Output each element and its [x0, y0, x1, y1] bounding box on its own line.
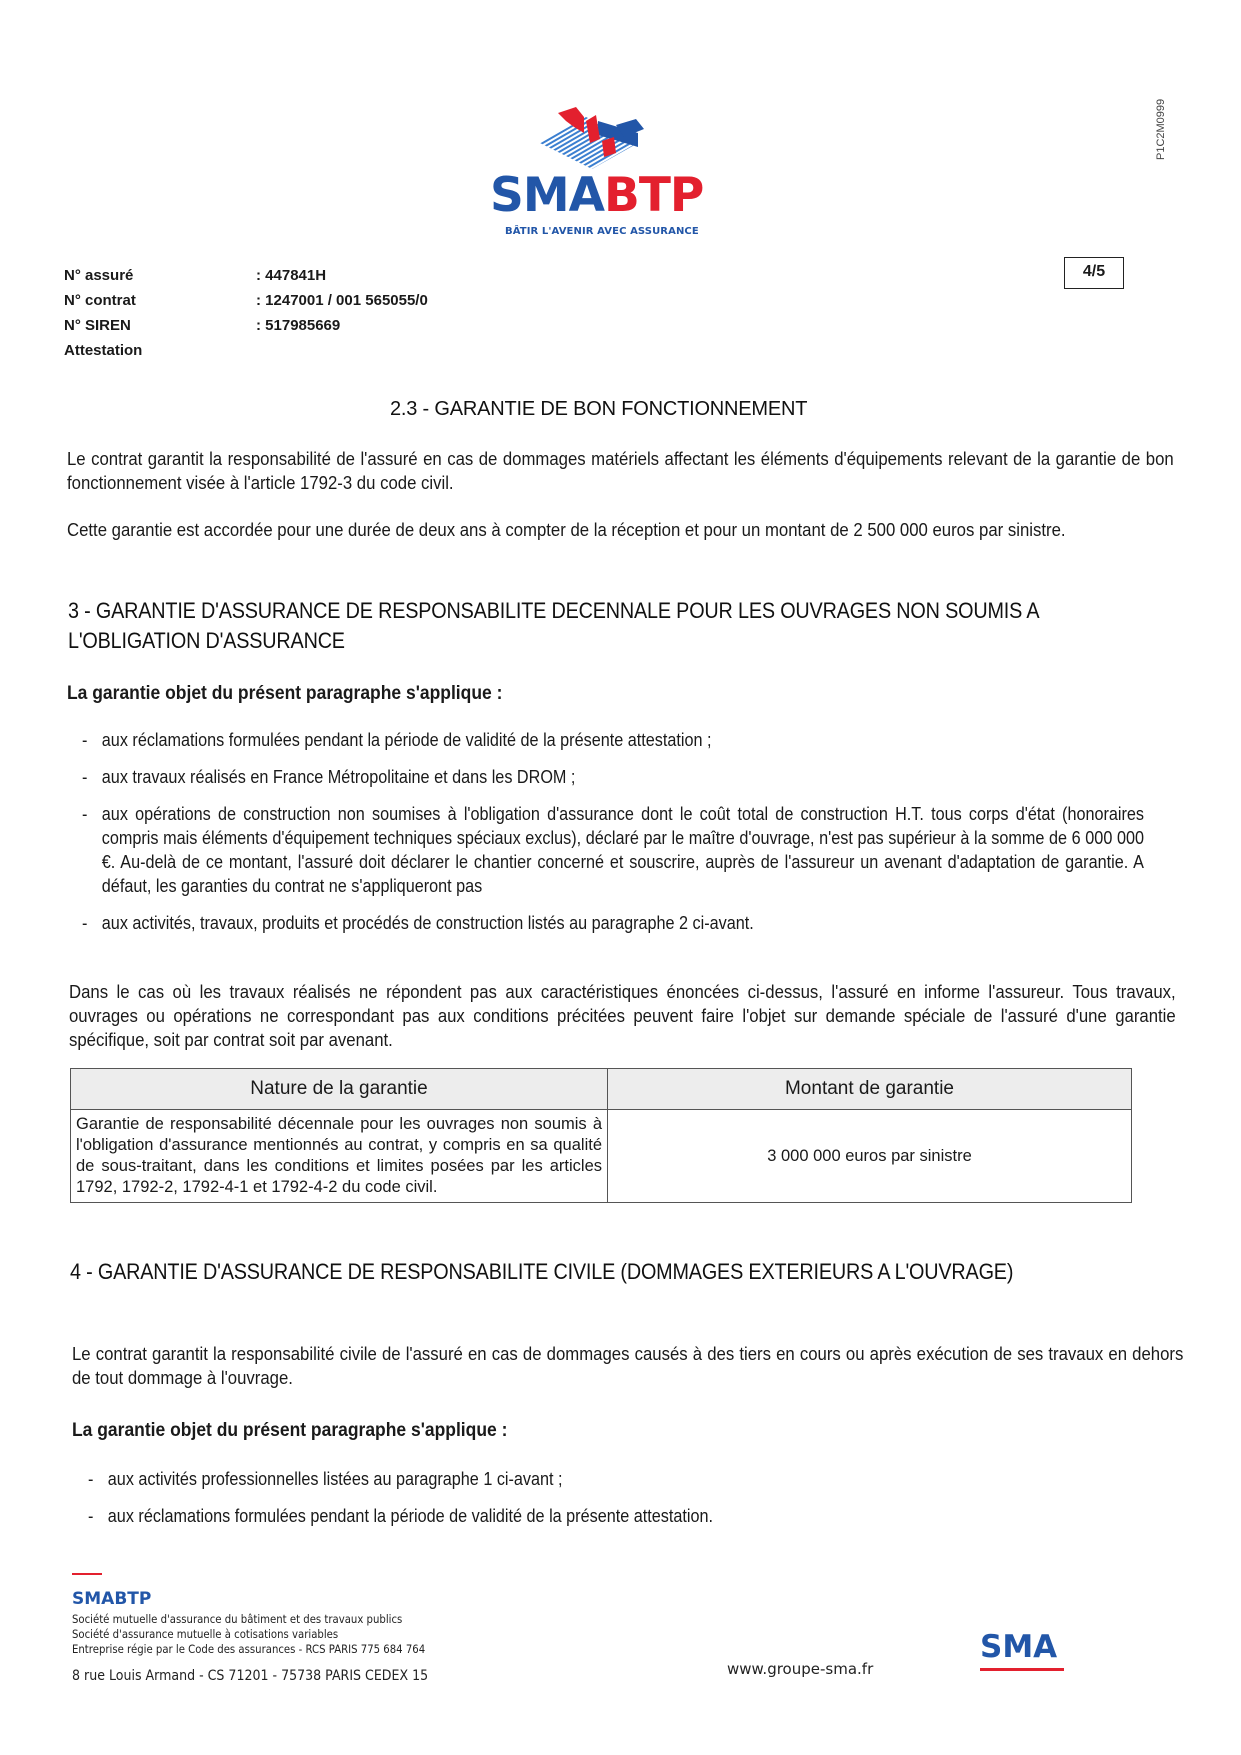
bullet-text: aux travaux réalisés en France Métropoli…	[102, 765, 1144, 789]
list-item: - aux réclamations formulées pendant la …	[82, 728, 1144, 752]
list-item: - aux travaux réalisés en France Métropo…	[82, 765, 1144, 789]
section-4-bullets: - aux activités professionnelles listées…	[88, 1467, 1078, 1541]
bullet-dash: -	[88, 1467, 108, 1491]
bullet-dash: -	[88, 1504, 108, 1528]
info-row-attestation: Attestation	[64, 338, 428, 363]
bullet-dash: -	[82, 911, 102, 935]
column-header-nature: Nature de la garantie	[71, 1069, 608, 1110]
section-3-paragraph: Dans le cas où les travaux réalisés ne r…	[69, 980, 1176, 1052]
sma-logo-underline	[980, 1668, 1064, 1671]
footer-divider	[72, 1573, 102, 1575]
info-row-siren: N° SIREN : 517985669	[64, 313, 428, 338]
section-4-title: 4 - GARANTIE D'ASSURANCE DE RESPONSABILI…	[70, 1257, 1141, 1287]
section-2-3-paragraph-2: Cette garantie est accordée pour une dur…	[67, 518, 1174, 542]
table-row: Garantie de responsabilité décennale pou…	[71, 1110, 1132, 1203]
bullet-text: aux activités professionnelles listées a…	[108, 1467, 1078, 1491]
info-row-assure: N° assuré : 447841H	[64, 263, 428, 288]
footer-line: Entreprise régie par le Code des assuran…	[72, 1642, 425, 1657]
section-2-3-paragraph-1: Le contrat garantit la responsabilité de…	[67, 447, 1174, 495]
brand-wordmark: SMABTP	[490, 172, 703, 219]
section-2-3-title: 2.3 - GARANTIE DE BON FONCTIONNEMENT	[390, 398, 807, 421]
info-label: Attestation	[64, 338, 256, 363]
info-value: : 517985669	[256, 313, 340, 338]
bullet-dash: -	[82, 765, 102, 789]
info-label: N° SIREN	[64, 313, 256, 338]
list-item: - aux activités, travaux, produits et pr…	[82, 911, 1144, 935]
bullet-dash: -	[82, 802, 102, 898]
footer-line: Société d'assurance mutuelle à cotisatio…	[72, 1627, 425, 1642]
sma-group-logo: SMA	[980, 1632, 1057, 1663]
bullet-text: aux opérations de construction non soumi…	[102, 802, 1144, 898]
brand-btp: BTP	[604, 168, 703, 223]
brand-sma: SMA	[490, 168, 604, 223]
column-header-montant: Montant de garantie	[608, 1069, 1132, 1110]
page-number: 4/5	[1064, 257, 1124, 289]
list-item: - aux opérations de construction non sou…	[82, 802, 1144, 898]
footer-website-link[interactable]: www.groupe-sma.fr	[727, 1660, 873, 1678]
footer-company-name: SMABTP	[72, 1589, 151, 1609]
section-3-bullets: - aux réclamations formulées pendant la …	[82, 728, 1144, 948]
list-item: - aux activités professionnelles listées…	[88, 1467, 1078, 1491]
info-row-contrat: N° contrat : 1247001 / 001 565055/0	[64, 288, 428, 313]
bullet-text: aux réclamations formulées pendant la pé…	[108, 1504, 1078, 1528]
table-header-row: Nature de la garantie Montant de garanti…	[71, 1069, 1132, 1110]
guarantee-table: Nature de la garantie Montant de garanti…	[70, 1068, 1132, 1203]
info-label: N° contrat	[64, 288, 256, 313]
footer-address: 8 rue Louis Armand - CS 71201 - 75738 PA…	[72, 1668, 428, 1684]
brand-tagline: BÂTIR L'AVENIR AVEC ASSURANCE	[505, 226, 699, 237]
info-value: : 1247001 / 001 565055/0	[256, 288, 428, 313]
side-reference: P1C2M0999	[1155, 99, 1167, 160]
info-label: N° assuré	[64, 263, 256, 288]
smabtp-logo-icon	[538, 103, 650, 173]
section-4-subtitle: La garantie objet du présent paragraphe …	[72, 1420, 507, 1442]
section-3-subtitle: La garantie objet du présent paragraphe …	[67, 683, 502, 705]
cell-nature: Garantie de responsabilité décennale pou…	[71, 1110, 608, 1203]
bullet-dash: -	[82, 728, 102, 752]
info-value: : 447841H	[256, 263, 326, 288]
footer-line: Société mutuelle d'assurance du bâtiment…	[72, 1612, 425, 1627]
cell-montant: 3 000 000 euros par sinistre	[608, 1110, 1132, 1203]
bullet-text: aux réclamations formulées pendant la pé…	[102, 728, 1144, 752]
section-3-title: 3 - GARANTIE D'ASSURANCE DE RESPONSABILI…	[68, 596, 1148, 656]
section-4-paragraph: Le contrat garantit la responsabilité ci…	[72, 1342, 1183, 1390]
policy-info: N° assuré : 447841H N° contrat : 1247001…	[64, 263, 428, 363]
footer-legal-lines: Société mutuelle d'assurance du bâtiment…	[72, 1612, 425, 1657]
bullet-text: aux activités, travaux, produits et proc…	[102, 911, 1144, 935]
list-item: - aux réclamations formulées pendant la …	[88, 1504, 1078, 1528]
